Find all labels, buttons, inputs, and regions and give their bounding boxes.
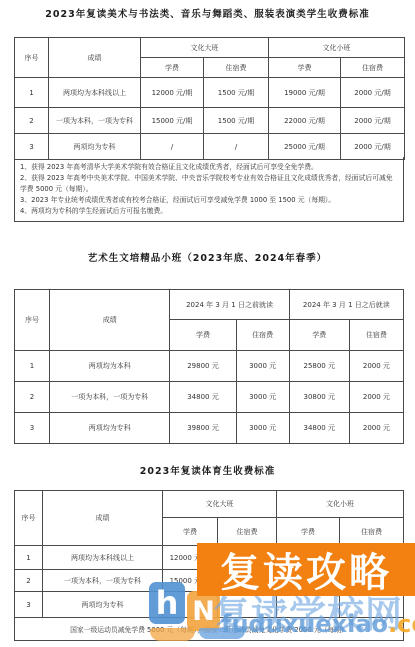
header-after-date: 2024 年 3 月 1 日之后就读 [289,290,403,320]
table-row: 2 一项为本科，一项为专科 15000 元/期 1500 元/期 22000 元… [15,108,405,134]
cell-value: / [204,134,269,160]
cell-value: 2000 元/期 [341,134,405,160]
cell-index: 1 [15,546,43,570]
header-index: 序号 [15,491,43,546]
section1-title: 2023年复读美术与书法类、音乐与舞蹈类、服装表演类学生收费标准 [0,6,415,20]
cell-score: 一项为本科，一项为专科 [49,108,141,134]
logo-letter-h-icon: h [149,582,185,624]
note-line: 1、获得 2023 年高考清华大学美术学院有效合格证且文化成绩优秀者，经面试后可… [20,162,398,173]
cell-value: 34800 元 [289,413,349,444]
note-line: 3、2023 年专业统考成绩优秀者或有校考合格证，经面试后可享受减免学费 100… [20,195,398,206]
cell-value: 25000 元/期 [269,134,341,160]
watermark-url: fuduxuexiao.com [221,610,415,638]
watermark-url-name: fuduxuexiao [221,610,388,638]
watermark-url-tld: .com [388,610,415,638]
header-accommodation: 住宿费 [236,320,289,351]
header-big-class: 文化大班 [141,38,269,58]
cell-score: 一项为本科，一项为专科 [50,382,170,413]
header-before-date: 2024 年 3 月 1 日之前就读 [170,290,289,320]
cell-value: 30800 元 [289,382,349,413]
cell-value: 2000 元 [349,413,403,444]
cell-value: 29800 元 [170,351,236,382]
table-row: 1 两项均为本科 29800 元 3000 元 25800 元 2000 元 [15,351,404,382]
cell-value: 2000 元/期 [341,108,405,134]
cell-value: 2000 元 [349,351,403,382]
table-header-row: 序号 成绩 文化大班 文化小班 [15,38,405,58]
cell-score: 两项均为专科 [50,413,170,444]
document-page: 2023年复读美术与书法类、音乐与舞蹈类、服装表演类学生收费标准 序号 成绩 文… [0,0,415,647]
header-small-class: 文化小班 [277,491,404,518]
table-header-row: 序号 成绩 2024 年 3 月 1 日之前就读 2024 年 3 月 1 日之… [15,290,404,320]
header-tuition: 学费 [170,320,236,351]
header-index: 序号 [15,38,49,78]
cell-value: 25800 元 [289,351,349,382]
cell-value: 19000 元/期 [269,78,341,108]
cell-index: 1 [15,78,49,108]
table-row: 1 两项均为本科线以上 12000 元/期 1500 元/期 19000 元/期… [15,78,405,108]
cell-value: 34800 元 [170,382,236,413]
cell-value: 12000 元/期 [141,78,204,108]
cell-score: 两项均为本科 [50,351,170,382]
note-line: 2、获得 2023 年高考中央美术学院、中国美术学院、中央音乐学院校考专业有效合… [20,173,398,195]
cell-value: 1500 元/期 [204,108,269,134]
cell-value: 15000 元/期 [141,108,204,134]
fee-notes-box: 1、获得 2023 年高考清华大学美术学院有效合格证且文化成绩优秀者，经面试后可… [14,157,404,222]
cell-score: 一项为本科，一项为专科 [43,570,163,592]
cell-value: 3000 元 [236,413,289,444]
header-score: 成绩 [43,491,163,546]
table-row: 3 两项均为专科 39800 元 3000 元 34800 元 2000 元 [15,413,404,444]
header-tuition: 学费 [141,58,204,78]
cell-index: 2 [15,570,43,592]
cell-value: 22000 元/期 [269,108,341,134]
cell-value: 39800 元 [170,413,236,444]
cell-score: 两项均为专科 [49,134,141,160]
table-header-row: 序号 成绩 文化大班 文化小班 [15,491,404,518]
cell-value: 3000 元 [236,351,289,382]
cell-score: 两项均为专科 [43,592,163,618]
header-accommodation: 住宿费 [204,58,269,78]
cell-index: 3 [15,592,43,618]
cell-value: / [141,134,204,160]
header-index: 序号 [15,290,50,351]
cell-index: 3 [15,134,49,160]
table-row: 2 一项为本科，一项为专科 34800 元 3000 元 30800 元 200… [15,382,404,413]
cell-value: 1500 元/期 [204,78,269,108]
table-row: 3 两项均为专科 / / 25000 元/期 2000 元/期 [15,134,405,160]
watermark-banner: 复读攻略 [197,543,415,596]
cell-value: 2000 元 [349,382,403,413]
cell-index: 1 [15,351,50,382]
cell-value: 3000 元 [236,382,289,413]
note-line: 4、两项均为专科的学生经面试后方可报名缴费。 [20,206,398,217]
logo-swoosh-orange [150,628,195,641]
header-score: 成绩 [49,38,141,78]
cell-index: 3 [15,413,50,444]
cell-index: 2 [15,108,49,134]
header-big-class: 文化大班 [163,491,277,518]
header-accommodation: 住宿费 [349,320,403,351]
header-tuition: 学费 [163,518,218,546]
culture-class-table: 序号 成绩 2024 年 3 月 1 日之前就读 2024 年 3 月 1 日之… [14,289,404,444]
cell-score: 两项均为本科线以上 [49,78,141,108]
watermark-banner-text: 复读攻略 [220,541,392,598]
cell-index: 2 [15,382,50,413]
header-accommodation: 住宿费 [341,58,405,78]
cell-score: 两项均为本科线以上 [43,546,163,570]
header-tuition: 学费 [269,58,341,78]
art-fee-table: 序号 成绩 文化大班 文化小班 学费 住宿费 学费 住宿费 1 两项均为本科线以… [14,37,405,160]
header-score: 成绩 [50,290,170,351]
section2-title: 艺术生文培精品小班（2023年底、2024年春季） [0,250,415,264]
header-small-class: 文化小班 [269,38,405,58]
header-tuition: 学费 [289,320,349,351]
cell-value: 2000 元/期 [341,78,405,108]
section3-title: 2023年复读体育生收费标准 [0,463,415,477]
